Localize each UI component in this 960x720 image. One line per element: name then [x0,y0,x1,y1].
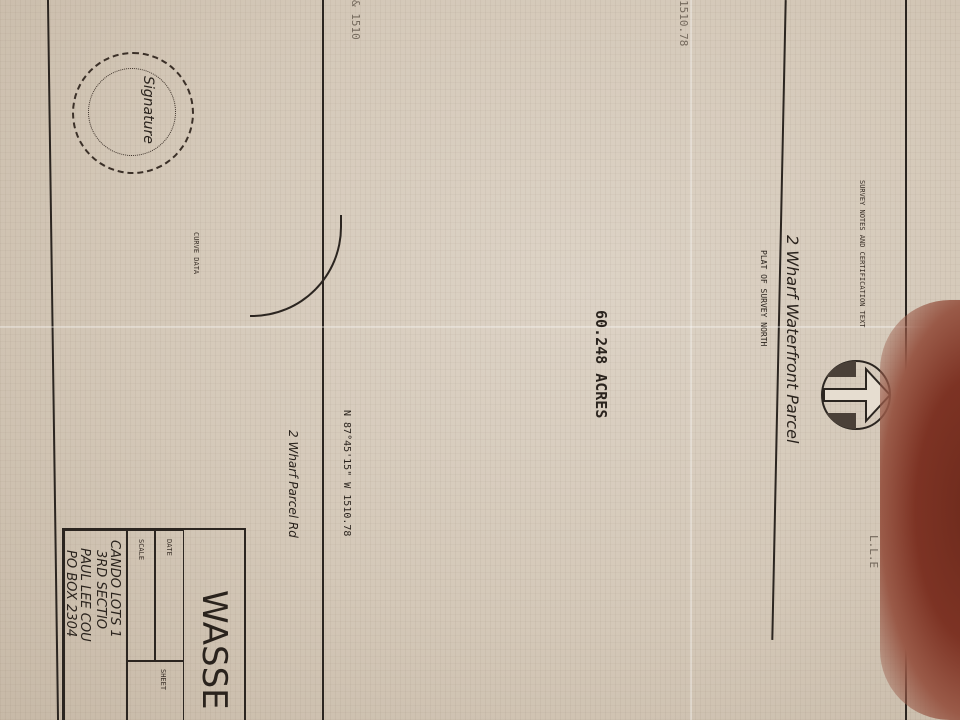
fold-line-horizontal [0,326,960,328]
title-block-name: WASSE [194,590,234,710]
bearing-label: N 87°45'15" W 1510.78 [341,410,352,536]
curve-data-label: CURVE DATA [191,232,200,274]
survey-paper: Signature CURVE DATA & 1510 60.248 ACRES… [0,0,960,720]
title-block-line2: 3RD SECTIO [93,550,108,629]
title-block: SCALE DATE SHEET WASSE CANDO LOTS 1 3RD … [62,528,246,720]
fold-line-vertical [690,0,692,720]
top-road-label: 2 Wharf Waterfront Parcel [783,235,802,443]
area-label: 60.248 ACRES [592,310,610,418]
top-right-fragment: 1510.78 [677,0,690,46]
surveyor-seal: Signature [72,52,194,174]
surveyor-notes: SURVEY NOTES AND CERTIFICATION TEXT [857,180,866,300]
top-road-sublabel: PLAT OF SURVEY NORTH [759,250,768,346]
title-block-small-cell: SCALE [126,530,156,662]
title-block-small-cell: DATE [154,530,184,662]
title-block-line1: CANDO LOTS 1 [107,540,122,638]
photographer-thumb [880,300,960,720]
property-line [322,0,324,720]
seal-inner-ring [88,68,176,156]
top-left-fragment: & 1510 [349,0,362,40]
road-label: 2 Wharf Parcel Rd [286,430,300,538]
bottom-right-fragment: L.L.E [867,535,880,568]
seal-signature: Signature [140,76,156,144]
title-block-line3: PAUL LEE COU [77,548,92,642]
title-block-sheet-cell: SHEET [126,660,184,720]
title-block-line4: PO BOX 2304 [63,550,78,637]
